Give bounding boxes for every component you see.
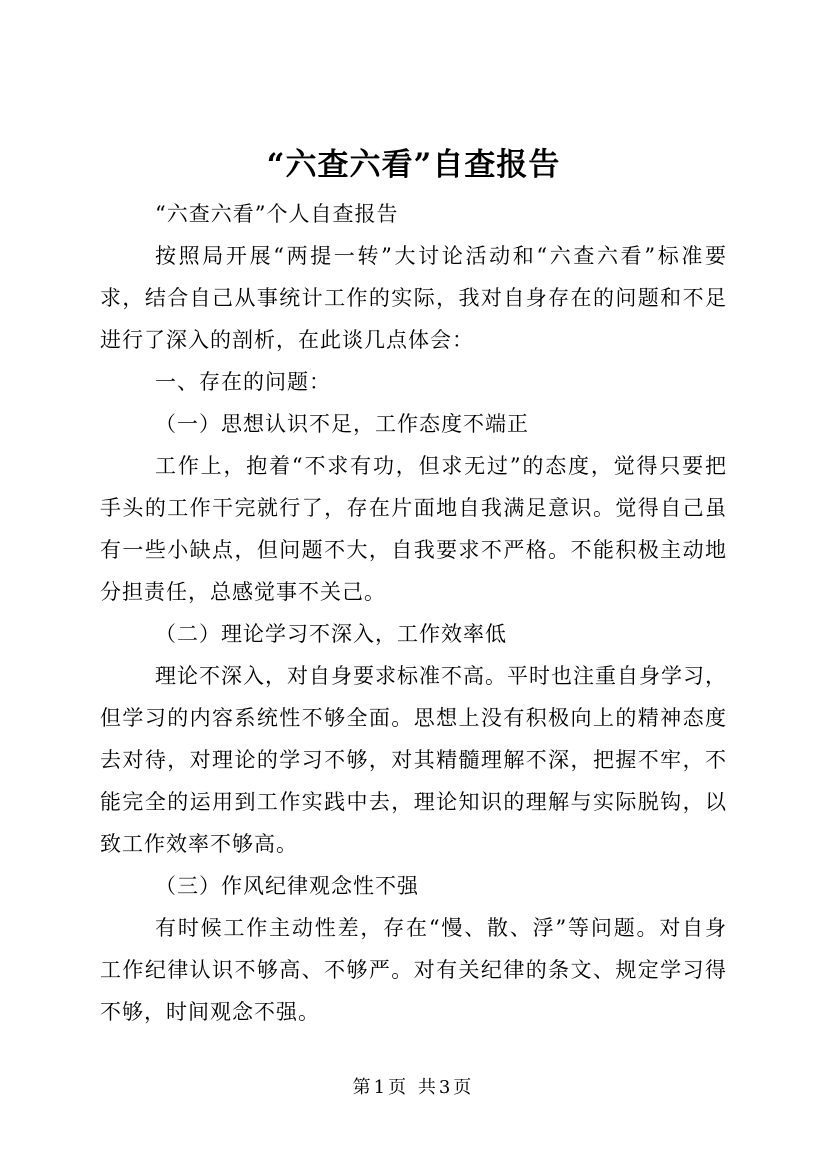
paragraph-subheading-2: （二）理论学习不深入，工作效率低	[100, 613, 727, 655]
document-body: “六查六看”个人自查报告 按照局开展“两提一转”大讨论活动和“六查六看”标准要求…	[100, 193, 727, 1033]
document-page: “六查六看”自查报告 “六查六看”个人自查报告 按照局开展“两提一转”大讨论活动…	[0, 0, 827, 1170]
paragraph-body-2: 理论不深入，对自身要求标准不高。平时也注重自身学习，但学习的内容系统性不够全面。…	[100, 655, 727, 865]
paragraph-intro: 按照局开展“两提一转”大讨论活动和“六查六看”标准要求，结合自己从事统计工作的实…	[100, 235, 727, 361]
document-title: “六查六看”自查报告	[100, 143, 727, 187]
paragraph-subheading-3: （三）作风纪律观念性不强	[100, 865, 727, 907]
paragraph-subtitle: “六查六看”个人自查报告	[100, 193, 727, 235]
page-number: 第1页 共3页	[0, 1073, 827, 1099]
paragraph-subheading-1: （一）思想认识不足，工作态度不端正	[100, 403, 727, 445]
paragraph-body-1: 工作上，抱着“不求有功，但求无过”的态度，觉得只要把手头的工作干完就行了，存在片…	[100, 445, 727, 613]
paragraph-body-3: 有时候工作主动性差，存在“慢、散、浮”等问题。对自身工作纪律认识不够高、不够严。…	[100, 907, 727, 1033]
paragraph-section-heading-problems: 一、存在的问题：	[100, 361, 727, 403]
